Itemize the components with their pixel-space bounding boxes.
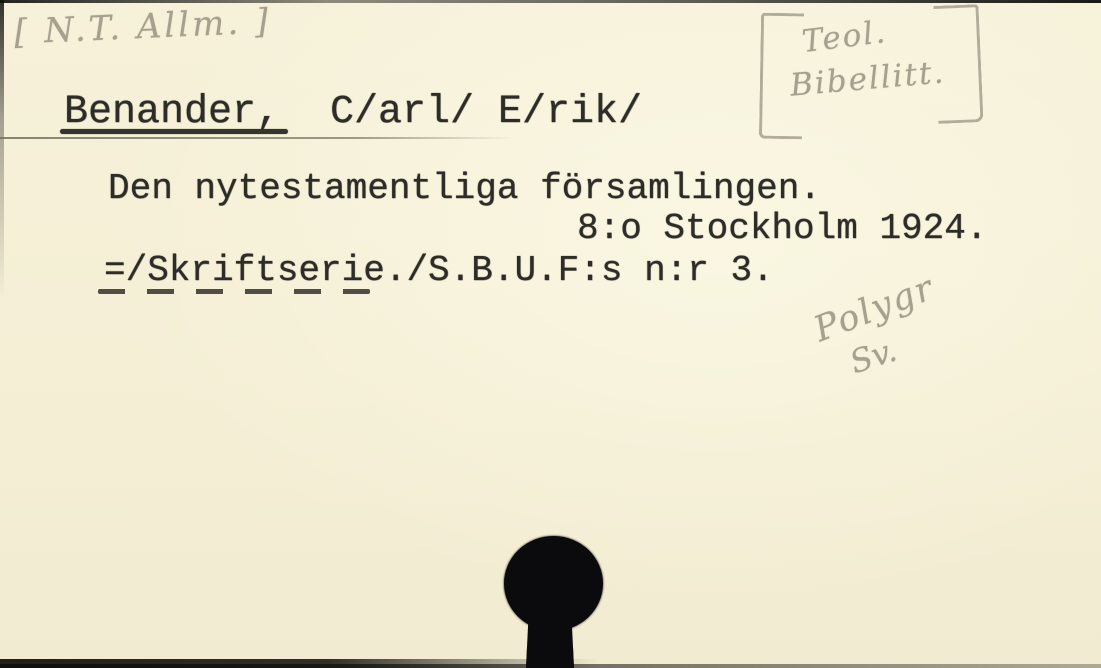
punched-hole-circle — [504, 536, 603, 631]
pencil-note-sv: Sv. — [846, 334, 900, 379]
catalog-card-scan: [ N.T. Allm. ] Teol. Bibellitt. Benander… — [0, 0, 1101, 668]
heading-rule-line — [0, 137, 515, 139]
scan-edge-top — [0, 0, 1101, 3]
pencil-classification-bibellitt: Bibellitt. — [789, 57, 947, 101]
series-line: =/Skriftserie./S.B.U.F:s n:r 3. — [104, 253, 774, 289]
author-surname: Benander, — [64, 93, 280, 133]
author-forenames: C/arl/ E/rik/ — [330, 93, 642, 133]
title-line: Den nytestamentliga församlingen. — [108, 171, 821, 207]
series-dashed-underline — [98, 289, 370, 294]
punched-hole-stem — [526, 618, 574, 668]
imprint-line: 8:o Stockholm 1924. — [577, 211, 987, 247]
pencil-classification-topleft: [ N.T. Allm. ] — [13, 4, 271, 49]
pencil-classification-teol: Teol. — [800, 17, 888, 58]
surname-underline — [60, 129, 288, 134]
scan-edge-left — [0, 0, 4, 300]
